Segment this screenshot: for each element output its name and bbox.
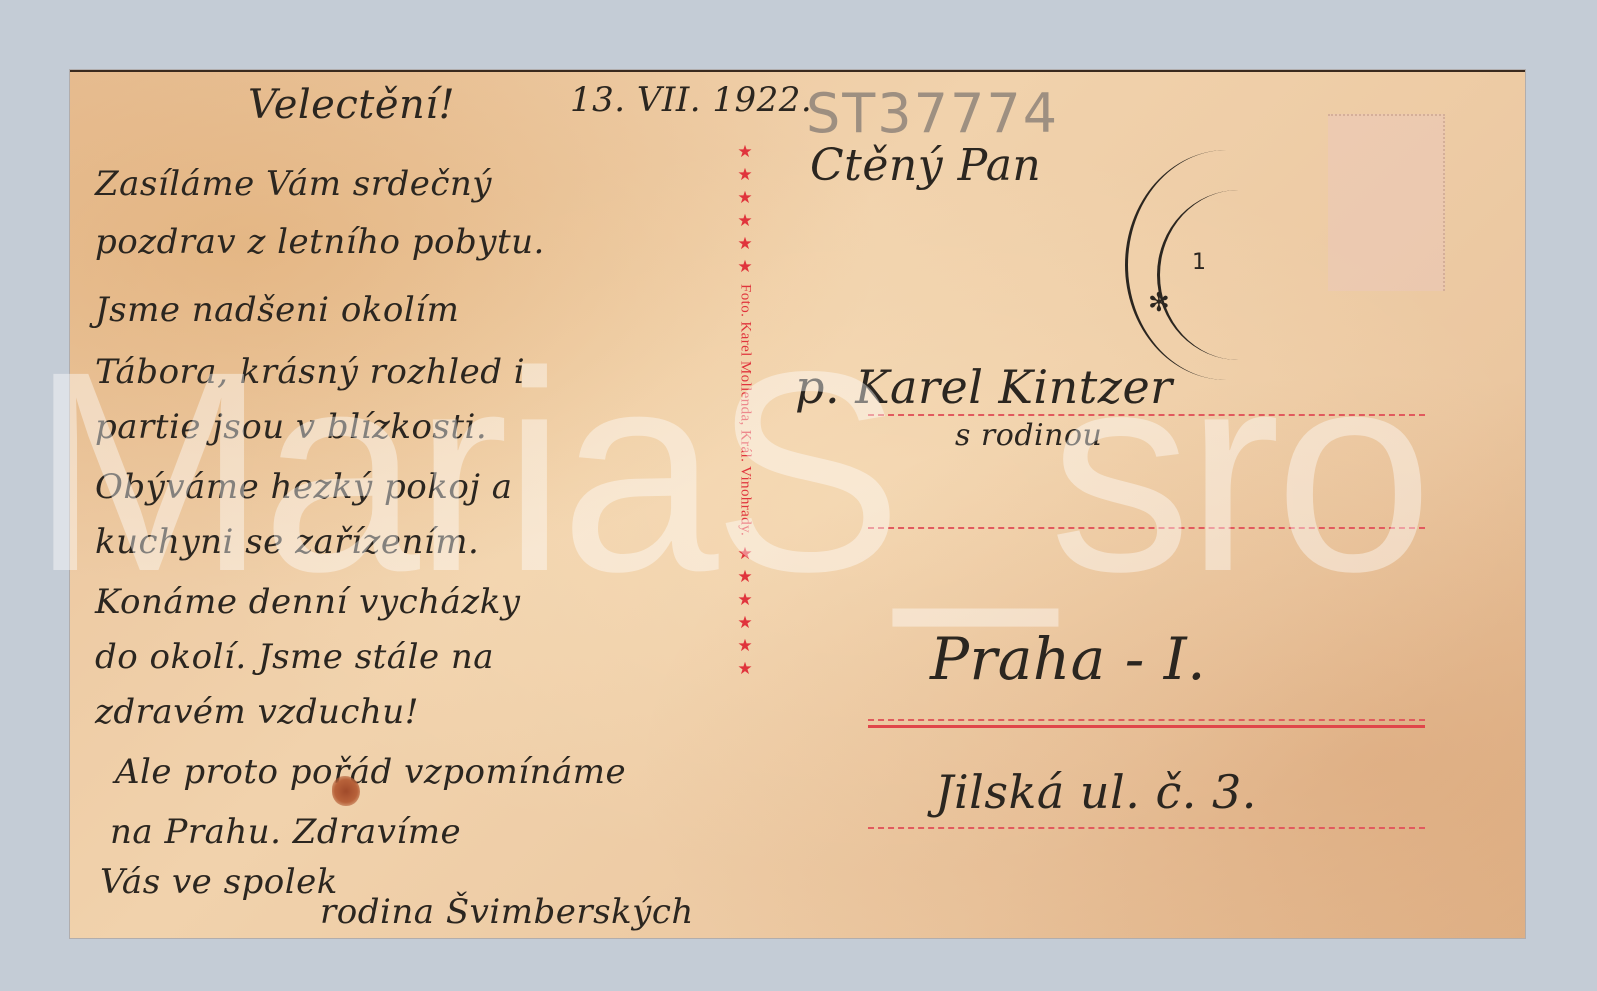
message-line: Vás ve spolek: [100, 862, 338, 902]
address-name: p. Karel Kintzer: [795, 360, 1173, 414]
address-line-3: [868, 719, 1425, 721]
address-salutation: Ctěný Pan: [810, 140, 1041, 191]
message-line: Tábora, krásný rozhled i: [95, 352, 525, 392]
address-line-3-solid: [868, 725, 1425, 728]
star-row-top: ★★★★★★: [735, 140, 755, 278]
message-line: zdravém vzduchu!: [95, 692, 419, 732]
address-street: Jilská ul. č. 3.: [935, 765, 1257, 819]
message-line: pozdrav z letního pobytu.: [95, 222, 545, 262]
message-line: Jsme nadšeni okolím: [95, 290, 459, 330]
message-greeting: Velectění!: [248, 82, 455, 128]
photo-credit: ★★★★★★ Foto. Karel Mollenda, Král. Vinoh…: [735, 140, 755, 860]
message-date: 13. VII. 1922.: [570, 80, 812, 120]
address-line-4: [868, 827, 1425, 829]
message-line: kuchyni se zařízením.: [95, 522, 479, 562]
photo-credit-text: Foto. Karel Mollenda, Král. Vinohrady.: [737, 284, 754, 536]
star-row-bottom: ★★★★★★: [735, 542, 755, 680]
address-line-1: [868, 414, 1425, 416]
message-signature: rodina Švimberských: [320, 892, 694, 932]
message-line: Zasíláme Vám srdečný: [95, 164, 492, 204]
message-line: do okolí. Jsme stále na: [95, 637, 494, 677]
address-with-family: s rodinou: [955, 418, 1102, 453]
postmark-number: 1: [1192, 250, 1206, 275]
address-city: Praha - I.: [930, 625, 1206, 693]
message-line: Konáme denní vycházky: [95, 582, 521, 622]
stamp-remnant: [1328, 114, 1445, 291]
message-line: na Prahu. Zdravíme: [110, 812, 461, 852]
message-line: partie jsou v blízkosti.: [95, 407, 487, 447]
message-line: Obýváme hezký pokoj a: [95, 467, 512, 507]
postmark-star-icon: ✻: [1148, 288, 1170, 318]
postmark-inner-ring: [1157, 190, 1320, 360]
catalog-number: ST37774: [806, 82, 1059, 145]
address-line-2: [868, 527, 1425, 529]
message-line: Ale proto pořád vzpomínáme: [115, 752, 626, 792]
ink-stain: [332, 776, 360, 806]
